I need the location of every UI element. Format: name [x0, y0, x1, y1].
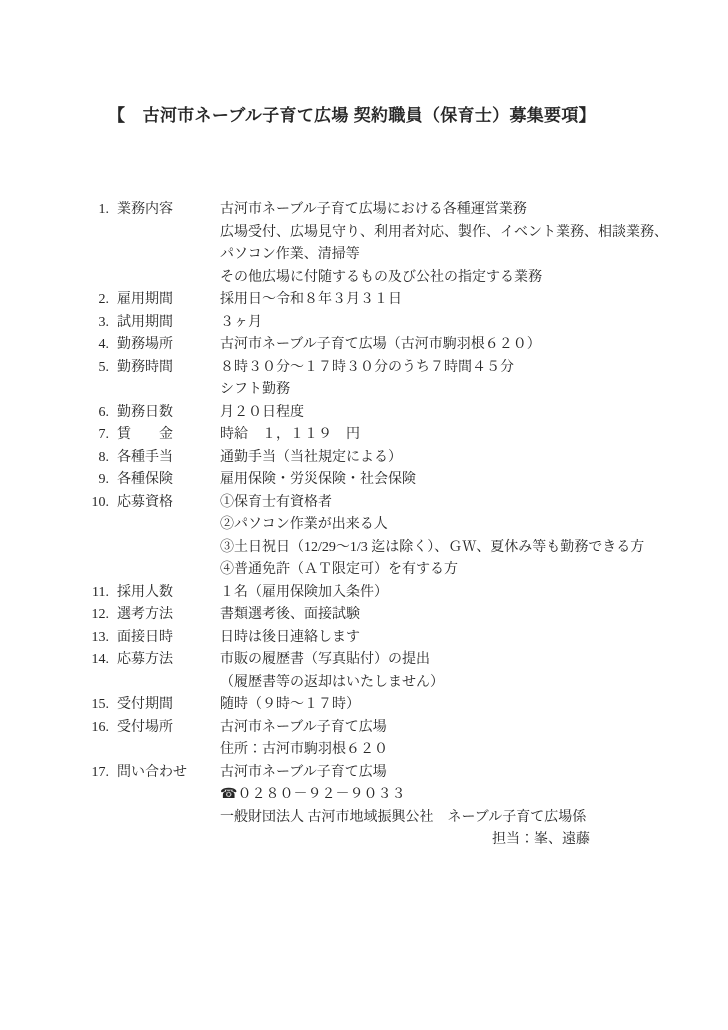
item-value: 古河市ネーブル子育て広場（古河市駒羽根６２０） — [220, 334, 541, 357]
doc-line: 17.問い合わせ古河市ネーブル子育て広場 — [88, 762, 668, 785]
item-label: 採用人数 — [117, 582, 220, 605]
telephone-icon: ☎ — [220, 787, 237, 802]
item-number — [88, 559, 109, 582]
item-number — [88, 537, 109, 560]
item-value: シフト勤務 — [220, 379, 290, 402]
item-label: 賃 金 — [117, 424, 220, 447]
item-value: パソコン作業、清掃等 — [220, 244, 360, 267]
item-value: 雇用保険・労災保険・社会保険 — [220, 469, 416, 492]
item-value: １名（雇用保険加入条件） — [220, 582, 388, 605]
item-value: 採用日～令和８年３月３１日 — [220, 289, 402, 312]
doc-line: （履歴書等の返却はいたしません） — [88, 672, 668, 695]
item-value: ①保育士有資格者 — [220, 492, 332, 515]
doc-line: 1.業務内容古河市ネーブル子育て広場における各種運営業務 — [88, 199, 668, 222]
doc-line: 4.勤務場所古河市ネーブル子育て広場（古河市駒羽根６２０） — [88, 334, 668, 357]
doc-line: 15.受付期間随時（９時～１７時） — [88, 694, 668, 717]
item-label — [117, 672, 220, 695]
item-label: 選考方法 — [117, 604, 220, 627]
item-number: 14. — [88, 649, 109, 672]
document-page: 【 古河市ネーブル子育て広場 契約職員（保育士）募集要項】 1.業務内容古河市ネ… — [0, 0, 728, 1030]
doc-line: 10.応募資格①保育士有資格者 — [88, 492, 668, 515]
item-value: 住所：古河市駒羽根６２０ — [220, 739, 388, 762]
item-label: 各種保険 — [117, 469, 220, 492]
item-value: 月２０日程度 — [220, 402, 304, 425]
item-label — [117, 537, 220, 560]
item-value: ８時３０分～１７時３０分のうち７時間４５分 — [220, 357, 514, 380]
item-number: 17. — [88, 762, 109, 785]
item-value: 随時（９時～１７時） — [220, 694, 360, 717]
item-label: 雇用期間 — [117, 289, 220, 312]
doc-line: 6.勤務日数月２０日程度 — [88, 402, 668, 425]
item-number: 12. — [88, 604, 109, 627]
item-number: 8. — [88, 447, 109, 470]
item-number: 1. — [88, 199, 109, 222]
item-value: ②パソコン作業が出来る人 — [220, 514, 388, 537]
item-value: 市販の履歴書（写真貼付）の提出 — [220, 649, 430, 672]
item-value: 書類選考後、面接試験 — [220, 604, 360, 627]
item-number: 3. — [88, 312, 109, 335]
item-value: ④普通免許（ＡＴ限定可）を有する方 — [220, 559, 458, 582]
requirements-list: 1.業務内容古河市ネーブル子育て広場における各種運営業務広場受付、広場見守り、利… — [88, 199, 668, 829]
doc-line: 3.試用期間３ヶ月 — [88, 312, 668, 335]
item-number — [88, 379, 109, 402]
item-number — [88, 222, 109, 245]
doc-line: 16.受付場所古河市ネーブル子育て広場 — [88, 717, 668, 740]
item-number — [88, 244, 109, 267]
item-label — [117, 559, 220, 582]
item-value: ③土日祝日（12/29～1/3 迄は除く）、ＧＷ、夏休み等も勤務できる方 — [220, 537, 644, 560]
item-label — [117, 807, 220, 830]
item-label — [117, 222, 220, 245]
doc-line: 広場受付、広場見守り、利用者対応、製作、イベント業務、相談業務、 — [88, 222, 668, 245]
doc-line: シフト勤務 — [88, 379, 668, 402]
item-label: 勤務日数 — [117, 402, 220, 425]
item-value: （履歴書等の返却はいたしません） — [220, 672, 444, 695]
doc-line: ④普通免許（ＡＴ限定可）を有する方 — [88, 559, 668, 582]
item-value: 古河市ネーブル子育て広場 — [220, 717, 387, 740]
item-number: 6. — [88, 402, 109, 425]
item-label — [117, 739, 220, 762]
doc-line: 5.勤務時間８時３０分～１７時３０分のうち７時間４５分 — [88, 357, 668, 380]
item-number — [88, 267, 109, 290]
item-label: 受付期間 — [117, 694, 220, 717]
doc-line: 13.面接日時日時は後日連絡します — [88, 627, 668, 650]
doc-line: 14.応募方法市販の履歴書（写真貼付）の提出 — [88, 649, 668, 672]
item-label: 各種手当 — [117, 447, 220, 470]
item-number — [88, 784, 109, 807]
item-label: 問い合わせ — [117, 762, 220, 785]
item-label — [117, 514, 220, 537]
doc-line: 8.各種手当通勤手当（当社規定による） — [88, 447, 668, 470]
item-number — [88, 672, 109, 695]
item-number — [88, 739, 109, 762]
item-number: 9. — [88, 469, 109, 492]
item-number: 4. — [88, 334, 109, 357]
item-label — [117, 267, 220, 290]
item-number — [88, 514, 109, 537]
item-label: 応募資格 — [117, 492, 220, 515]
document-body: 1.業務内容古河市ネーブル子育て広場における各種運営業務広場受付、広場見守り、利… — [88, 199, 668, 852]
item-label: 試用期間 — [117, 312, 220, 335]
doc-line: 一般財団法人 古河市地域振興公社 ネーブル子育て広場係 — [88, 807, 668, 830]
item-number: 11. — [88, 582, 109, 605]
item-value: 一般財団法人 古河市地域振興公社 ネーブル子育て広場係 — [220, 807, 586, 830]
item-value: その他広場に付随するもの及び公社の指定する業務 — [220, 267, 542, 290]
item-value: 時給 １，１１９ 円 — [220, 424, 360, 447]
item-label: 受付場所 — [117, 717, 220, 740]
phone-number: ０２８０－９２－９０３３ — [237, 787, 405, 802]
doc-line: 住所：古河市駒羽根６２０ — [88, 739, 668, 762]
doc-line: その他広場に付随するもの及び公社の指定する業務 — [88, 267, 668, 290]
item-number: 2. — [88, 289, 109, 312]
item-value: ☎０２８０－９２－９０３３ — [220, 784, 405, 807]
doc-line: パソコン作業、清掃等 — [88, 244, 668, 267]
doc-line: ③土日祝日（12/29～1/3 迄は除く）、ＧＷ、夏休み等も勤務できる方 — [88, 537, 668, 560]
item-label — [117, 379, 220, 402]
item-label: 業務内容 — [117, 199, 220, 222]
item-value: 広場受付、広場見守り、利用者対応、製作、イベント業務、相談業務、 — [220, 222, 668, 245]
item-label — [117, 244, 220, 267]
item-value: 古河市ネーブル子育て広場 — [220, 762, 387, 785]
item-label: 勤務場所 — [117, 334, 220, 357]
item-number: 13. — [88, 627, 109, 650]
item-value: 通勤手当（当社規定による） — [220, 447, 402, 470]
item-label: 面接日時 — [117, 627, 220, 650]
doc-line: 2.雇用期間採用日～令和８年３月３１日 — [88, 289, 668, 312]
item-value: 古河市ネーブル子育て広場における各種運営業務 — [220, 199, 527, 222]
doc-line: 11.採用人数１名（雇用保険加入条件） — [88, 582, 668, 605]
item-number — [88, 807, 109, 830]
contact-person: 担当：峯、遠藤 — [88, 829, 590, 852]
item-number: 16. — [88, 717, 109, 740]
item-label: 応募方法 — [117, 649, 220, 672]
item-number: 10. — [88, 492, 109, 515]
item-number: 15. — [88, 694, 109, 717]
doc-line: ②パソコン作業が出来る人 — [88, 514, 668, 537]
item-value: ３ヶ月 — [220, 312, 262, 335]
doc-line: ☎０２８０－９２－９０３３ — [88, 784, 668, 807]
doc-line: 12.選考方法書類選考後、面接試験 — [88, 604, 668, 627]
doc-line: 9.各種保険雇用保険・労災保険・社会保険 — [88, 469, 668, 492]
doc-line: 7.賃 金時給 １，１１９ 円 — [88, 424, 668, 447]
item-number: 7. — [88, 424, 109, 447]
item-label: 勤務時間 — [117, 357, 220, 380]
item-value: 日時は後日連絡します — [220, 627, 360, 650]
item-label — [117, 784, 220, 807]
item-number: 5. — [88, 357, 109, 380]
page-title: 【 古河市ネーブル子育て広場 契約職員（保育士）募集要項】 — [0, 101, 716, 126]
